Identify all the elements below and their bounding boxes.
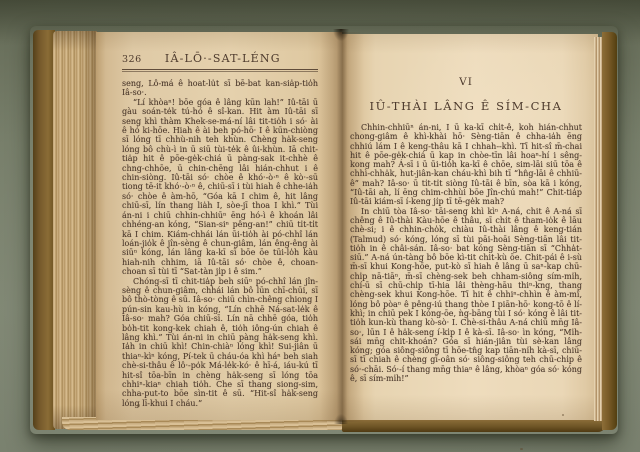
chapter-number: VI <box>350 76 582 88</box>
dust-speck <box>562 414 564 416</box>
paragraph: seng, Lô-má ê hoat-lu̍t sī bē-bat kan-si… <box>122 79 318 98</box>
paragraph: In chiū tòa Iâ-so· tāi-seng khì kìⁿ A-ná… <box>350 207 582 384</box>
book-cover-left-edge <box>33 30 55 430</box>
book-cover-right-edge <box>602 32 617 430</box>
left-page-content: 326 IÂ-LŌ·-SAT-LÉNG seng, Lô-má ê hoat-l… <box>122 52 318 408</box>
running-title: IÂ-LŌ·-SAT-LÉNG <box>142 52 318 65</box>
paragraph: Chóng-sī tī chit-tia̍p beh siūⁿ pó-chhî … <box>122 277 318 409</box>
book-photograph: 326 IÂ-LŌ·-SAT-LÉNG seng, Lô-má ê hoat-l… <box>0 0 640 452</box>
paragraph: Chhin-chhiūⁿ án-ni, I ū ka-kī chi̍t-ê, k… <box>350 123 582 207</box>
left-page-body: seng, Lô-má ê hoat-lu̍t sī bē-bat kan-si… <box>122 79 318 408</box>
dust-speck <box>137 404 140 407</box>
header-double-rule <box>122 69 318 72</box>
right-page-content: VI IÛ-THÀI LÂNG Ê SÍM-CHA Chhin-chhiūⁿ á… <box>350 76 582 383</box>
dust-speck <box>520 448 523 450</box>
page-edges-left-stack <box>53 31 97 429</box>
left-page-number: 326 <box>122 54 142 65</box>
paragraph: “Lí khòaⁿ! bōe góa ê lâng kūn lah!” Iû-t… <box>122 98 318 277</box>
chapter-title: IÛ-THÀI LÂNG Ê SÍM-CHA <box>350 99 582 113</box>
book-cover-bottom-right-edge <box>342 420 606 432</box>
right-page-body: Chhin-chhiūⁿ án-ni, I ū ka-kī chi̍t-ê, k… <box>350 123 582 383</box>
left-page-header: 326 IÂ-LŌ·-SAT-LÉNG <box>122 52 318 65</box>
